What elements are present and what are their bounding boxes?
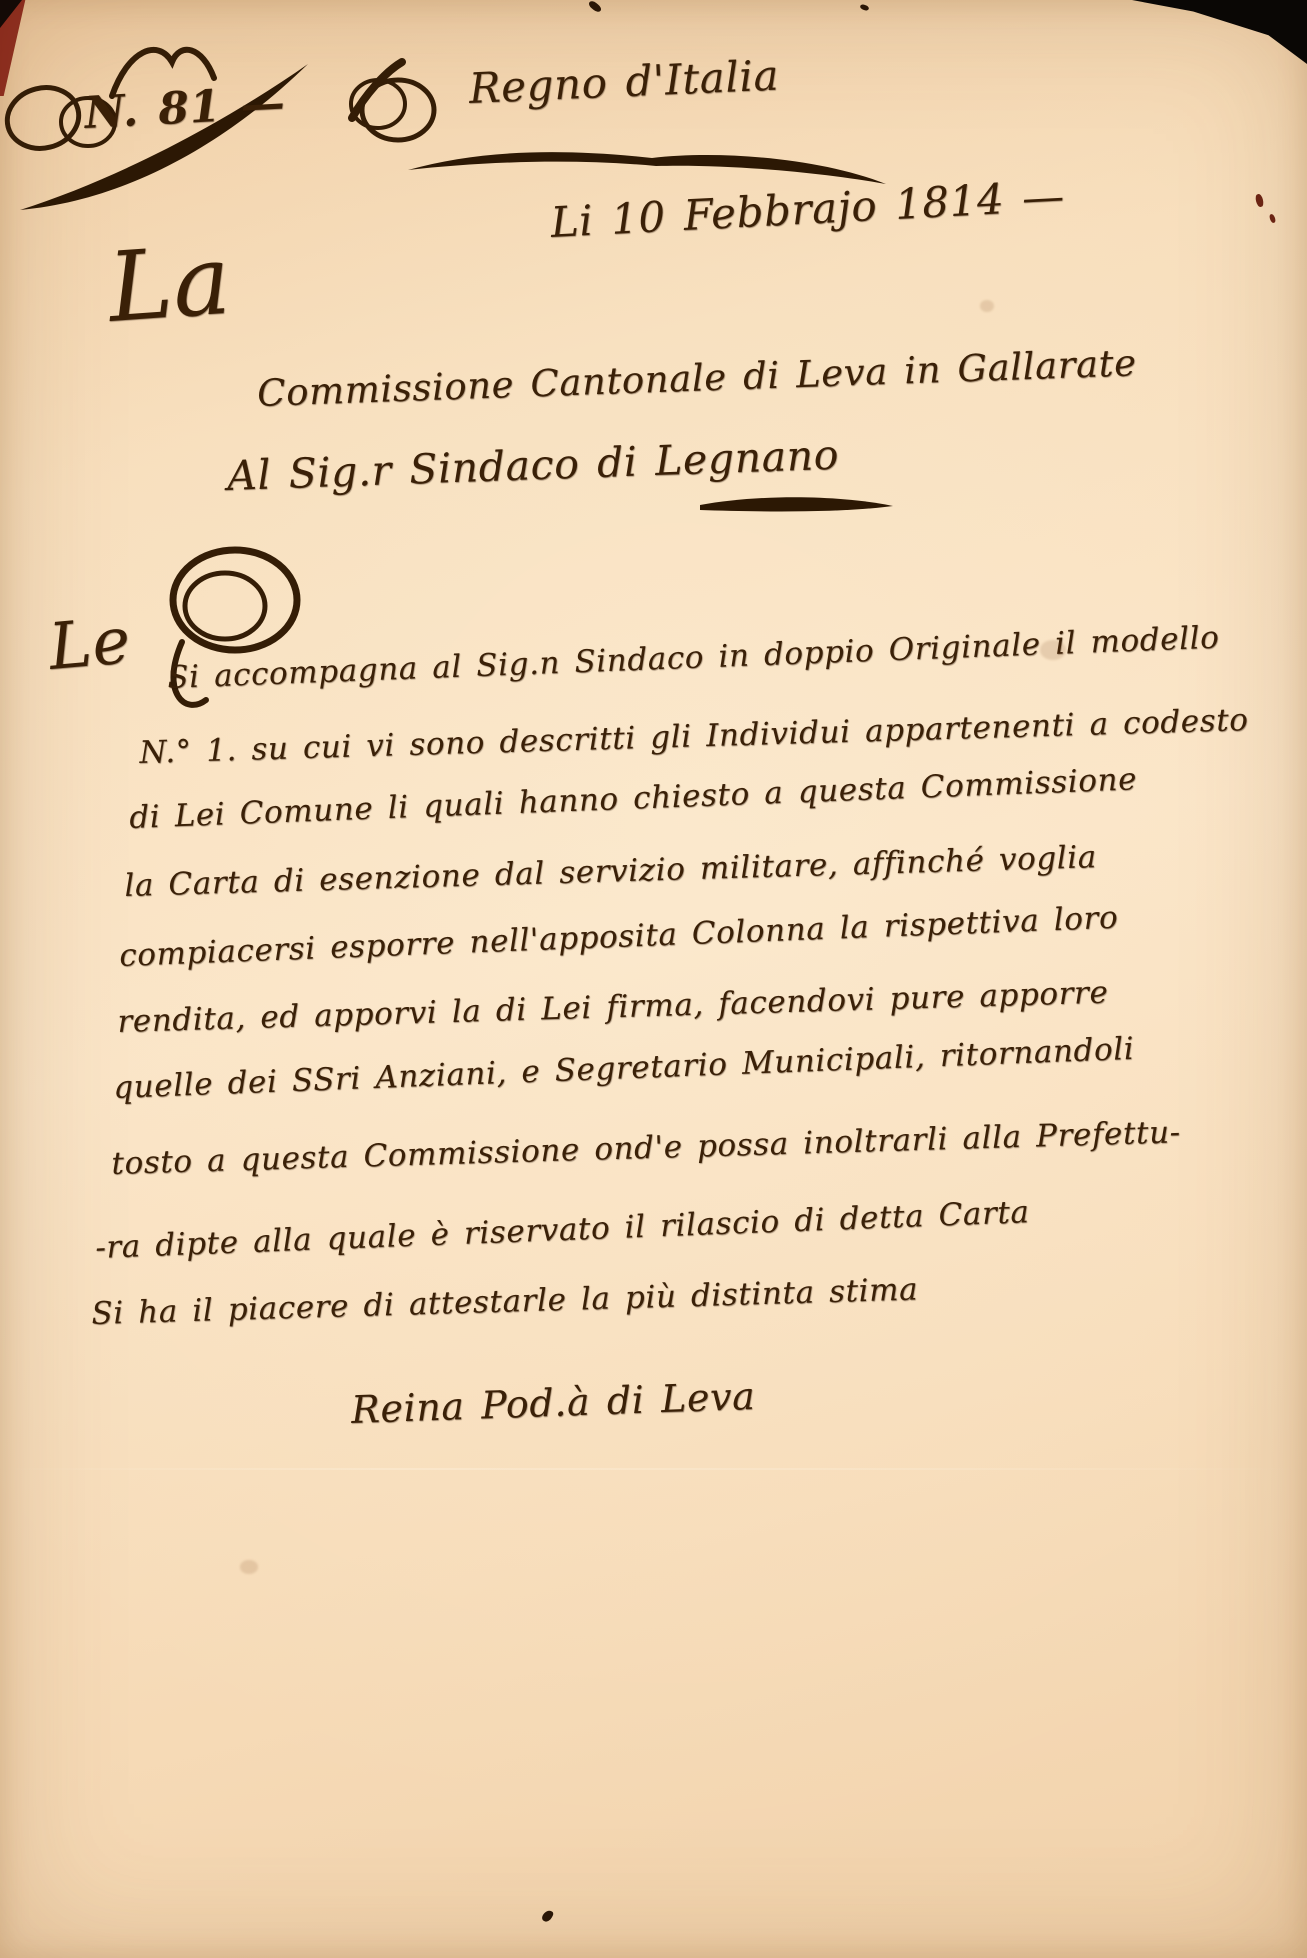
body-line: tosto a questa Commissione ond'e possa i… [111, 1114, 1181, 1182]
body-line: N.° 1. su cui vi sono descritti gli Indi… [139, 702, 1249, 771]
ink-speck [587, 0, 602, 14]
body-line: di Lei Comune li quali hanno chiesto a q… [129, 761, 1138, 836]
paper-stain [980, 300, 994, 312]
flourish-loop-before-title [351, 80, 405, 128]
body-line: Si ha il piacere di attestarle la più di… [91, 1271, 919, 1332]
body-line: rendita, ed apporvi la di Lei firma, fac… [117, 975, 1109, 1040]
body-line: compiacersi esporre nell'apposita Colonn… [119, 900, 1119, 974]
paper-crease [0, 1468, 1307, 1470]
ink-speck [1269, 213, 1277, 223]
flourish-loop-left-of-number [1, 80, 85, 156]
signature: Reina Pod.à di Leva [350, 1374, 756, 1432]
paper-stain [240, 1560, 258, 1574]
salutation-initial: Le [46, 609, 133, 680]
photo-corner-tear-top-right [1132, 0, 1307, 64]
flourish-stroke-before-title [352, 62, 402, 118]
document-number: N. 81 — [83, 78, 286, 139]
flourish-salutation-curl-inner [185, 573, 265, 639]
paper-stain [1040, 640, 1066, 660]
body-line: la Carta di esenzione dal servizio milit… [124, 839, 1097, 904]
sender-line: Commissione Cantonale di Leva in Gallara… [256, 341, 1137, 415]
body-line: quelle dei SSri Anziani, e Segretario Mu… [113, 1031, 1135, 1106]
kingdom-title: Regno d'Italia [468, 51, 780, 113]
ink-speck [1255, 193, 1265, 207]
flourish-loop-before-title [362, 80, 434, 140]
flourish-salutation-curl [173, 550, 297, 650]
body-line: Si accompagna al Sig.n Sindaco in doppio… [167, 620, 1220, 696]
flourish-recipient-dash [700, 497, 893, 511]
body-line: -ra dipte alla quale è riservato il rila… [95, 1194, 1031, 1266]
date-line: Li 10 Febbrajo 1814 — [549, 171, 1065, 247]
ink-speck [859, 4, 869, 12]
sender-initial-capital: La [105, 232, 234, 336]
flourish-title-underline [408, 152, 886, 184]
letter-page: N. 81 — Regno d'Italia Li 10 Febbrajo 18… [0, 0, 1307, 1958]
ink-speck [541, 1909, 555, 1924]
recipient-line: Al Sig.r Sindaco di Legnano [226, 431, 839, 500]
